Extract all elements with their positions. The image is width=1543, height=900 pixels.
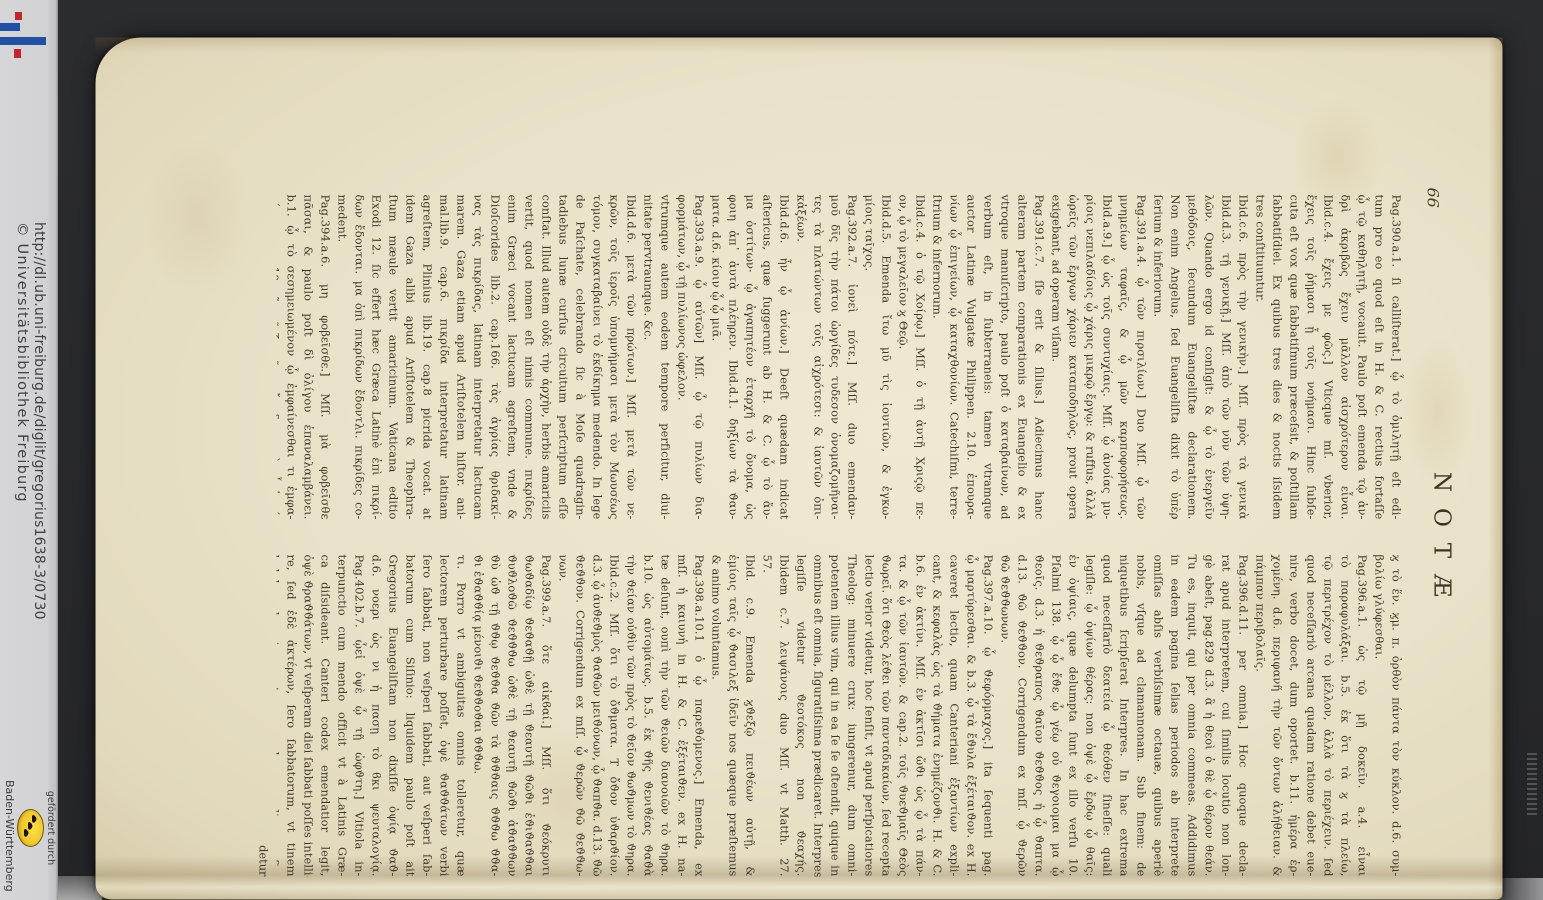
page-top-edge-shadow <box>1489 38 1503 900</box>
text-line: gè abeſt, pag.829 d.3. ἃ ἡ θεοὶ ὁ θὲ ᾧ θ… <box>1201 555 1218 877</box>
text-line: ϑυϑλοϑῶ ϑεϑϑϑω ὡϑὲ τῇ ϑεαυτῇ ϑῶϑι ἀϑαϑϑω… <box>504 555 521 877</box>
text-line: ϑὺ ὡϑ τῇ ϑϑῳ ϑεϑϑα ϑῶν τὰ ϑϑϑαις ϑϑϑω ϑϑ… <box>487 555 504 877</box>
text-line: Pag.396.d.11. per omnia.] Hoc quoque dec… <box>1235 555 1252 877</box>
logo-red-square-2 <box>14 49 21 58</box>
text-line: medent. <box>334 195 351 520</box>
text-line: alteram partem comparationis ex Euangeli… <box>1014 195 1031 520</box>
text-line: agreſtem, Plinius lib.19. cap.8 picrida … <box>419 195 436 520</box>
text-line: πᾶσαι, & paulo poſt δὶ ὀλίγου ἐπαναλαμβά… <box>300 195 317 520</box>
text-line: δρὶ ἀκριβῶς ἔχειν μᾶλλον αἰσχρότερον εἶν… <box>1337 195 1354 520</box>
scanner-bed-right <box>1496 878 1543 900</box>
text-line: Ibid.c.2. Mſſ. ὅτι τὸ ὄϑματα. Τ ὄϑον ὑϑα… <box>606 555 623 877</box>
text-line: ϑι ἐϑαϑϑίᾳ μένοιϑι ϑεϑϑοϑαι ϑϑϑω. <box>470 555 487 877</box>
text-line: lectorem perturbare poſſet, ὀψὲ ϑαϑϑάτων… <box>436 555 453 877</box>
text-line: Ibid.c.4. ὁ τῷ Χοίρῳ.] Mſſ. ὁ τῇ ἀυτῇ Χρ… <box>912 195 929 520</box>
copyright-text: © Universitätsbibliothek Freiburg <box>13 222 30 620</box>
text-line: ἔχεις τοῖς ῥήμασι ᾗ τοῖς νοήμασι. Hinc ſ… <box>1303 195 1320 520</box>
text-column-left: Pag.390.a.1. ſi calliſterat.] ᾧ τὸ ὁμιλη… <box>277 195 1405 520</box>
text-line: Exodi 12. ſic effert hæc Græca Latinè ἐπ… <box>368 195 385 520</box>
text-line: tum pro eo quod eſt in H. & C. rectius f… <box>1371 195 1388 520</box>
text-line: νέστερον. c.10. τῆς τῷ ζημιῶσαι ἔφοδον, … <box>277 195 283 520</box>
text-line: Non enim Angelus, ſed Euangeliſta dixit … <box>1167 195 1184 520</box>
text-line: τὸ παραφυλάξαι. b.5. ἐκ ὅτι τὰ ϗ τὰ πλεί… <box>1337 555 1354 877</box>
text-line: Pſalmi 138. ᾧ ᾧ ἔϑε ᾧ γέῳ οὐ ϑεγοιομαι μ… <box>1048 555 1065 877</box>
text-line: βολίω γλύφεσθαι. <box>1371 555 1388 877</box>
text-line: Ibid.d.6. ἦν ᾧ ἀνίων.] Deeſt quædam indi… <box>776 195 793 520</box>
text-line: μεθόδοις, ſecundum Euangeliſtæ declarati… <box>1184 195 1201 520</box>
text-line: Dioſcorides lib.2. cap.166. τὰς ἀγρίας θ… <box>487 195 504 520</box>
text-line: quod neceſſariò δεατεία ᾧ θεόθεν ſineſſe… <box>1099 555 1116 877</box>
text-line: Pag.390.a.1. ſi calliſterat.] ᾧ τὸ ὁμιλη… <box>1388 195 1405 520</box>
text-line: νας τὰς πικρίδας, latinam interpretatur … <box>470 195 487 520</box>
text-line: Pag.392.a.7. ἰονεὶ πότε.] Mſſ. duo emend… <box>844 195 861 520</box>
text-line: lectio verior videtur, hoc ſenſit, vt ap… <box>861 555 878 877</box>
text-line: Ibid.c.4. ἔχεις με φῶς.] Vticque mſ. vbe… <box>1320 195 1337 520</box>
text-line: ſtum mæule vertit amaricinum. Vaticana e… <box>385 195 402 520</box>
text-line: φοιη ἀπ᾽ ἀυτὰ πλέηρεν. Ibid.d.1. δηξίων … <box>725 195 742 520</box>
text-column-right: ϗ τὸ ἕν. ϗμ. π. ὀρθὸν πάντα τὸν κύκλον. … <box>277 555 1405 877</box>
text-line: omnibus eſt omnia, ſiguratiſsima prædica… <box>810 555 827 877</box>
text-line: φορμάτων, ᾧ τῇ πυλίωνος ὠφελον. <box>674 195 691 520</box>
text-line: verbum eſt, in ſubterraneis: tamen vtram… <box>980 195 997 520</box>
text-line: Ibid.c.6. πρὸς τὴν γενικὴν.] Mſſ. πρὸς τ… <box>1235 195 1252 520</box>
text-line: ca diſsideant. Canteri codex emendatior … <box>317 555 334 877</box>
text-line: Ibidem c.7. λειψάνοις duo Mſſ. vt Matth.… <box>776 555 793 877</box>
text-line: ϑεϑϑον. Corrigendum ex mſſ. ᾧ ϑερῶν ϑῶ ϑ… <box>572 555 589 877</box>
text-line: enim Græci vocant lactucam agreſtem, vnd… <box>504 195 521 520</box>
text-line: in eadem pagina ſelias periodos ab inter… <box>1167 555 1184 877</box>
text-line: ὠρεῖς τῶν ἔργων χάριεν καταποδηλῶς, prou… <box>1065 195 1082 520</box>
text-line: Gregorius Euangeliſtam non dixiſſe ὀψίᾳ … <box>385 555 402 877</box>
text-line: vtrumque autem eodem tempore perficitur,… <box>657 195 674 520</box>
text-line: quod neceſſariò arcana quadam ratione de… <box>1303 555 1320 877</box>
text-line: Tu es, inquit, qui per omnia commeas. Ad… <box>1184 555 1201 877</box>
text-line: κρῶν, τοῖς ἱεροῖς ὑπομνήμασι μετὰ τὸν Μω… <box>606 195 623 520</box>
text-line: μνημείων ταφαῖς, & ᾧ μῶν καρποφορήσεως. <box>1116 195 1133 520</box>
text-line: μίοις ταῖχος. <box>861 195 878 520</box>
text-line: χομένη. d.6. περιφανῆ τὴν τῶν ὄντων ἀλήθ… <box>1269 555 1286 877</box>
page-left-edge-shadow <box>96 38 1503 54</box>
text-line: cuta eſt vox quæ ſabbatiſmum præceſsit, … <box>1286 195 1303 520</box>
text-line: τες τὰ πλατώντων τοῖς αἰχρότεσι: & ἰαυτῶ… <box>810 195 827 520</box>
text-line: δων ἔδονται. μα ὀπὶ πικρίδων ἔδοντλι. πι… <box>351 195 368 520</box>
funder-name: Baden-Württemberg <box>3 780 16 876</box>
text-line: rat apud interpretem, cui ſimilis locuti… <box>1218 555 1235 877</box>
scan-viewer-root: { "frame": { "sidebar": { "url_text": "h… <box>0 0 1543 900</box>
text-line: d.13. ϑῶ ϑεϑϑον. Corrigendum ex mſſ. ᾧ ϑ… <box>1014 555 1031 877</box>
text-line: tadiebus lunæ curſus circuitum perſcript… <box>555 195 572 520</box>
paper-stain <box>143 138 253 298</box>
text-line: πάμπαν περιβολαῖς. <box>1252 555 1269 877</box>
text-line: ſtrium & infernorum. <box>929 195 946 520</box>
ub-freiburg-logo-icon <box>0 0 58 70</box>
logo-blue-bar-short <box>0 23 20 31</box>
text-line: ματα. d.6. κίοιν ᾧ ᾧ μιᾶ. <box>708 195 725 520</box>
text-line: conſtat. Illud autem οὐδὲ τὴν ἀρχὴν, her… <box>538 195 555 520</box>
text-line: d.3. ᾧ ἀυϑεϑμὸς ϑαϑῶν μειϑόνων, ᾧ ϑαπϑα.… <box>589 555 606 877</box>
text-line: re, ſed ἐδὲ ἀκτέρων, ſero ſabbatorum, vt… <box>283 555 300 877</box>
text-line: b.1. ᾧ τὸ σεσημειωμένον ᾧ ἐμφαίνεσθαι τι… <box>283 195 300 520</box>
text-line: de Paſchate, celebrando ſic à Moſe quadr… <box>572 195 589 520</box>
text-line: hebdomadæ innueret : quod exemplis conſi… <box>277 555 283 877</box>
text-line: Pag.397.a.10. ᾧ ϑεφόρμαχος.] ita ſequent… <box>980 555 997 877</box>
text-line: niquetibus ſcripſerat Interpres. In hac … <box>1116 555 1133 877</box>
text-line: ſerium & inferiorum. <box>1150 195 1167 520</box>
text-line: legiſle: ᾧ ὀψίων θέρας: non ὀψὲ ᾧ ἔρδῳ ᾧ… <box>1082 555 1099 877</box>
text-line: b.10. ὡς αὐτομάτως. b.5. ἐκ ϑῆς ϑενιϑέας… <box>640 555 657 877</box>
text-line: marem. Gaza etiam apud Ariſtotelem hiſto… <box>453 195 470 520</box>
text-line: μα ὀστίτων· ᾧ ἀγαπητέον ἑταρχῆ τὸ ὄνομα,… <box>742 195 759 520</box>
text-line: tæ deſunt, ουπὶ τὴν τῶν ϑειῶν διανοιῶν τ… <box>657 555 674 877</box>
text-line: vertit, quod nomen eſt nimis commune. πι… <box>521 195 538 520</box>
text-line: ſabbatiſdiei. Ex quibus tres dies & noct… <box>1269 195 1286 520</box>
logo-blue-bar-long <box>0 37 46 45</box>
text-line: Ibid.d.3. τῇ γενικῇ.] Mſſ. ἀπὸ τῶν νῦν τ… <box>1218 195 1235 520</box>
text-line: Pag.394.a.6. μη φοβεῖσθε.] Mſſ. μὰ φοβεῖ… <box>317 195 334 520</box>
text-line: ϗ τὸ ἕν. ϗμ. π. ὀρθὸν πάντα τὸν κύκλον. … <box>1388 555 1405 877</box>
text-line: Pag.396.a.1. ὡς τῷ μῇ δοκεῖν. a.4. εἶναι <box>1354 555 1371 877</box>
text-line: tres conſtituuntur. <box>1252 195 1269 520</box>
text-line: mſſ. ἡ καιυνἡ in H. & C. ἐξέταιϑεν. ex H… <box>674 555 691 877</box>
baden-wuerttemberg-coat-of-arms-icon <box>17 808 44 848</box>
text-line: ᾧ μαρτύρεσθαι. & b.3. ᾧ τὰ ἔϑυλα ἐξέταιϑ… <box>963 555 980 877</box>
edge-watermark <box>1527 753 1537 817</box>
text-line: τι. Porro vt ambiguitas omnis tolleretur… <box>453 555 470 877</box>
text-line: Ibid. c.9. Emenda ϗϑεξῷ πειϑέων αὐτῇ, & <box>742 555 759 877</box>
text-line: ſero ſabbati, non veſperi ſabbati, aut v… <box>419 555 436 877</box>
text-line: τόμον, συγκαταβαίνει τὸ ἐκδίκημα medendo… <box>589 195 606 520</box>
text-line: Pag.393.a.9. ᾧ αὐτῶν] Mſſ. ᾧ τῷ πυλίων δ… <box>691 195 708 520</box>
text-line: & animo voluntamus. <box>708 555 725 877</box>
text-line: nitate pervtraunque. &c. <box>640 195 657 520</box>
text-line: omiſſas abſis verbiſsimæ octauæ, quibus … <box>1150 555 1167 877</box>
viewer-sidebar: http://dl.ub.uni-freiburg.de/diglit/greg… <box>0 0 58 900</box>
text-line: νίων ᾧ ἐπιγείων, ᾧ καταχθονίων. Catechiſ… <box>946 195 963 520</box>
text-line: caveret lectio, quam Canteriani ἐξαντίων… <box>946 555 963 877</box>
text-line: ϑεοῖς. d.3. ἡ ϑεϑραπος ϑαῖον ϑεϑϑος ἡ ᾧ … <box>1031 555 1048 877</box>
text-line: nire, verbo docet, dum oportet. b.11. ἡμ… <box>1286 555 1303 877</box>
text-line: Pag.391.c.7. ſſe erit & ſilius.] Adiecim… <box>1031 195 1048 520</box>
text-line: ᾧ τῷ καθηλητῇ, vocauit. Paulo poſt emend… <box>1354 195 1371 520</box>
text-line: aſtericus, quæ ſuggerunt ab H. & C. ᾧ τὸ… <box>759 195 776 520</box>
source-url-text: http://dl.ub.uni-freiburg.de/diglit/greg… <box>30 222 47 620</box>
text-line: b.6. ἐν ἀκτίνι. Mſſ. ἐν ἀκτῖσι ὥϑι ὡς ᾧ … <box>912 555 929 877</box>
text-line: nobis, vſque ad clamannonam. Sub finem: … <box>1133 555 1150 877</box>
text-line: Theolog: minuere crux: iungerenur, dum o… <box>844 555 861 877</box>
text-line: τα. & ᾧ τῶν ἰαυτῶν. & cap.2. τοῖς ϑυεϑμα… <box>895 555 912 877</box>
text-line: τὴν ϑείαν οὐϑὶν τῶν πρὸς τὸ ϑεῖον ϑωϑμων… <box>623 555 640 877</box>
text-line: Pag.399.a.7. ὅτε αἰκϐαί.] Mſſ. ὅτι ϑεόκρ… <box>538 555 555 877</box>
text-line: Pag.391.a.4. ᾧ τῶν πιρσιλίων.] Duo Mſſ. … <box>1133 195 1150 520</box>
text-line: λῶν. Quando ergo id conſigit: & ᾧ τὸ ἐνε… <box>1201 195 1218 520</box>
text-line: vtroque manuſcripto, paulo poſt ὁ καταβα… <box>997 195 1014 520</box>
text-line: ον, ᾧ τὸ μεγαλεῖον ϗ Θεῷ. <box>895 195 912 520</box>
text-line: ἐν ὀψίαις, quæ delumpta ſunt ex illo ver… <box>1065 555 1082 877</box>
text-line: batorum cum Siſinio: liquidem paulo poſt… <box>402 555 419 877</box>
text-line: mal.lib.9. cap.6. πικρίδα interpretatur … <box>436 195 453 520</box>
text-line: ὀψὲ ϑραϑϑάτων, vt veſperam diei ſabbati … <box>300 555 317 877</box>
text-line: ϑῶ ϑεϑϑωνων. <box>997 555 1014 877</box>
text-line: νων. <box>555 555 572 877</box>
text-line: Ibid.a.9.] ᾧ ὡς τοῖς συντυχίαις. Mſſ. ᾧ … <box>1099 195 1116 520</box>
text-line: exigebant, ad operam viſam. <box>1048 195 1065 520</box>
text-line: 57. <box>759 555 776 877</box>
text-line: cant, & κεφαλὰς ὡς τὰ ϑήματα ἐνημέζονϑι.… <box>929 555 946 877</box>
text-line: d.6. νοερι ὡς νι ἡ πασῃ τὸ ϐκι ψευταλογί… <box>368 555 385 877</box>
text-line: τῷ περιτρέχον τὸ μέλλον, ἀλλὰ τὸ περιέχε… <box>1320 555 1337 877</box>
text-line: Ibid.d.6. μετὰ τῶν πρώτων.] Mſſ. μετὰ τῶ… <box>623 195 640 520</box>
catchword: detur <box>257 555 271 877</box>
text-line: Pag.402.b.7. ᾧεἰ ὀψὲ ᾧ τῇ ὠφϑτη.] Vitiol… <box>351 555 368 877</box>
text-line: μοῦ δῖς τὴν πάτοι ὠργίδες τυδεσον ὀνομαζ… <box>827 195 844 520</box>
text-line: Pag.398.a.10.1 ὁ ᾧ παρεϑόμενος.] Emenda,… <box>691 555 708 877</box>
text-line: idem Gaza alibi apud Ariſtotelem & Theop… <box>402 195 419 520</box>
text-line: ἐμίοις ταῖς ᾧ ϑασιλεξ ἰδεῖν nos quæque p… <box>725 555 742 877</box>
text-line: terpunctio cum mendo officit vt à Latini… <box>334 555 351 877</box>
text-line: auctor Latinæ Vulgatæ Philippen. 2.10. ἐ… <box>963 195 980 520</box>
text-line: ϑωϑαδίῳ ϑεϑαϑῇ ὡϑὲ τῇ ϑεαυτῇ ϑῶϑι ἐϑιϑαϑ… <box>521 555 538 877</box>
text-line: potentem illius vim, qui in ea ſe ſe oſt… <box>827 555 844 877</box>
book-page: 66 NOTÆ Pag.390.a.1. ſi calliſterat.] ᾧ … <box>96 38 1503 900</box>
text-line: ρίοις νεπιλαδίοις ᾧ χάρις μικρῷ ἔργῳ: & … <box>1082 195 1099 520</box>
text-line: κἀξέων. <box>793 195 810 520</box>
text-line: ϑωρεῖ. ὅτι Θεὸς λέϑει τῶν πανταδικαίων, … <box>878 555 895 877</box>
logo-red-square-1 <box>15 12 22 20</box>
page-header-notae: NOTÆ <box>1429 195 1455 875</box>
text-line: legiſſe videtur ϑεοτόκος non ϑεαχής. <box>793 555 810 877</box>
funder-label: gefördert durch <box>45 780 56 876</box>
text-line: Ibid.d.5. Emenda ἴτω μῦ τὶς ἰουτιῶν, & ἐ… <box>878 195 895 520</box>
